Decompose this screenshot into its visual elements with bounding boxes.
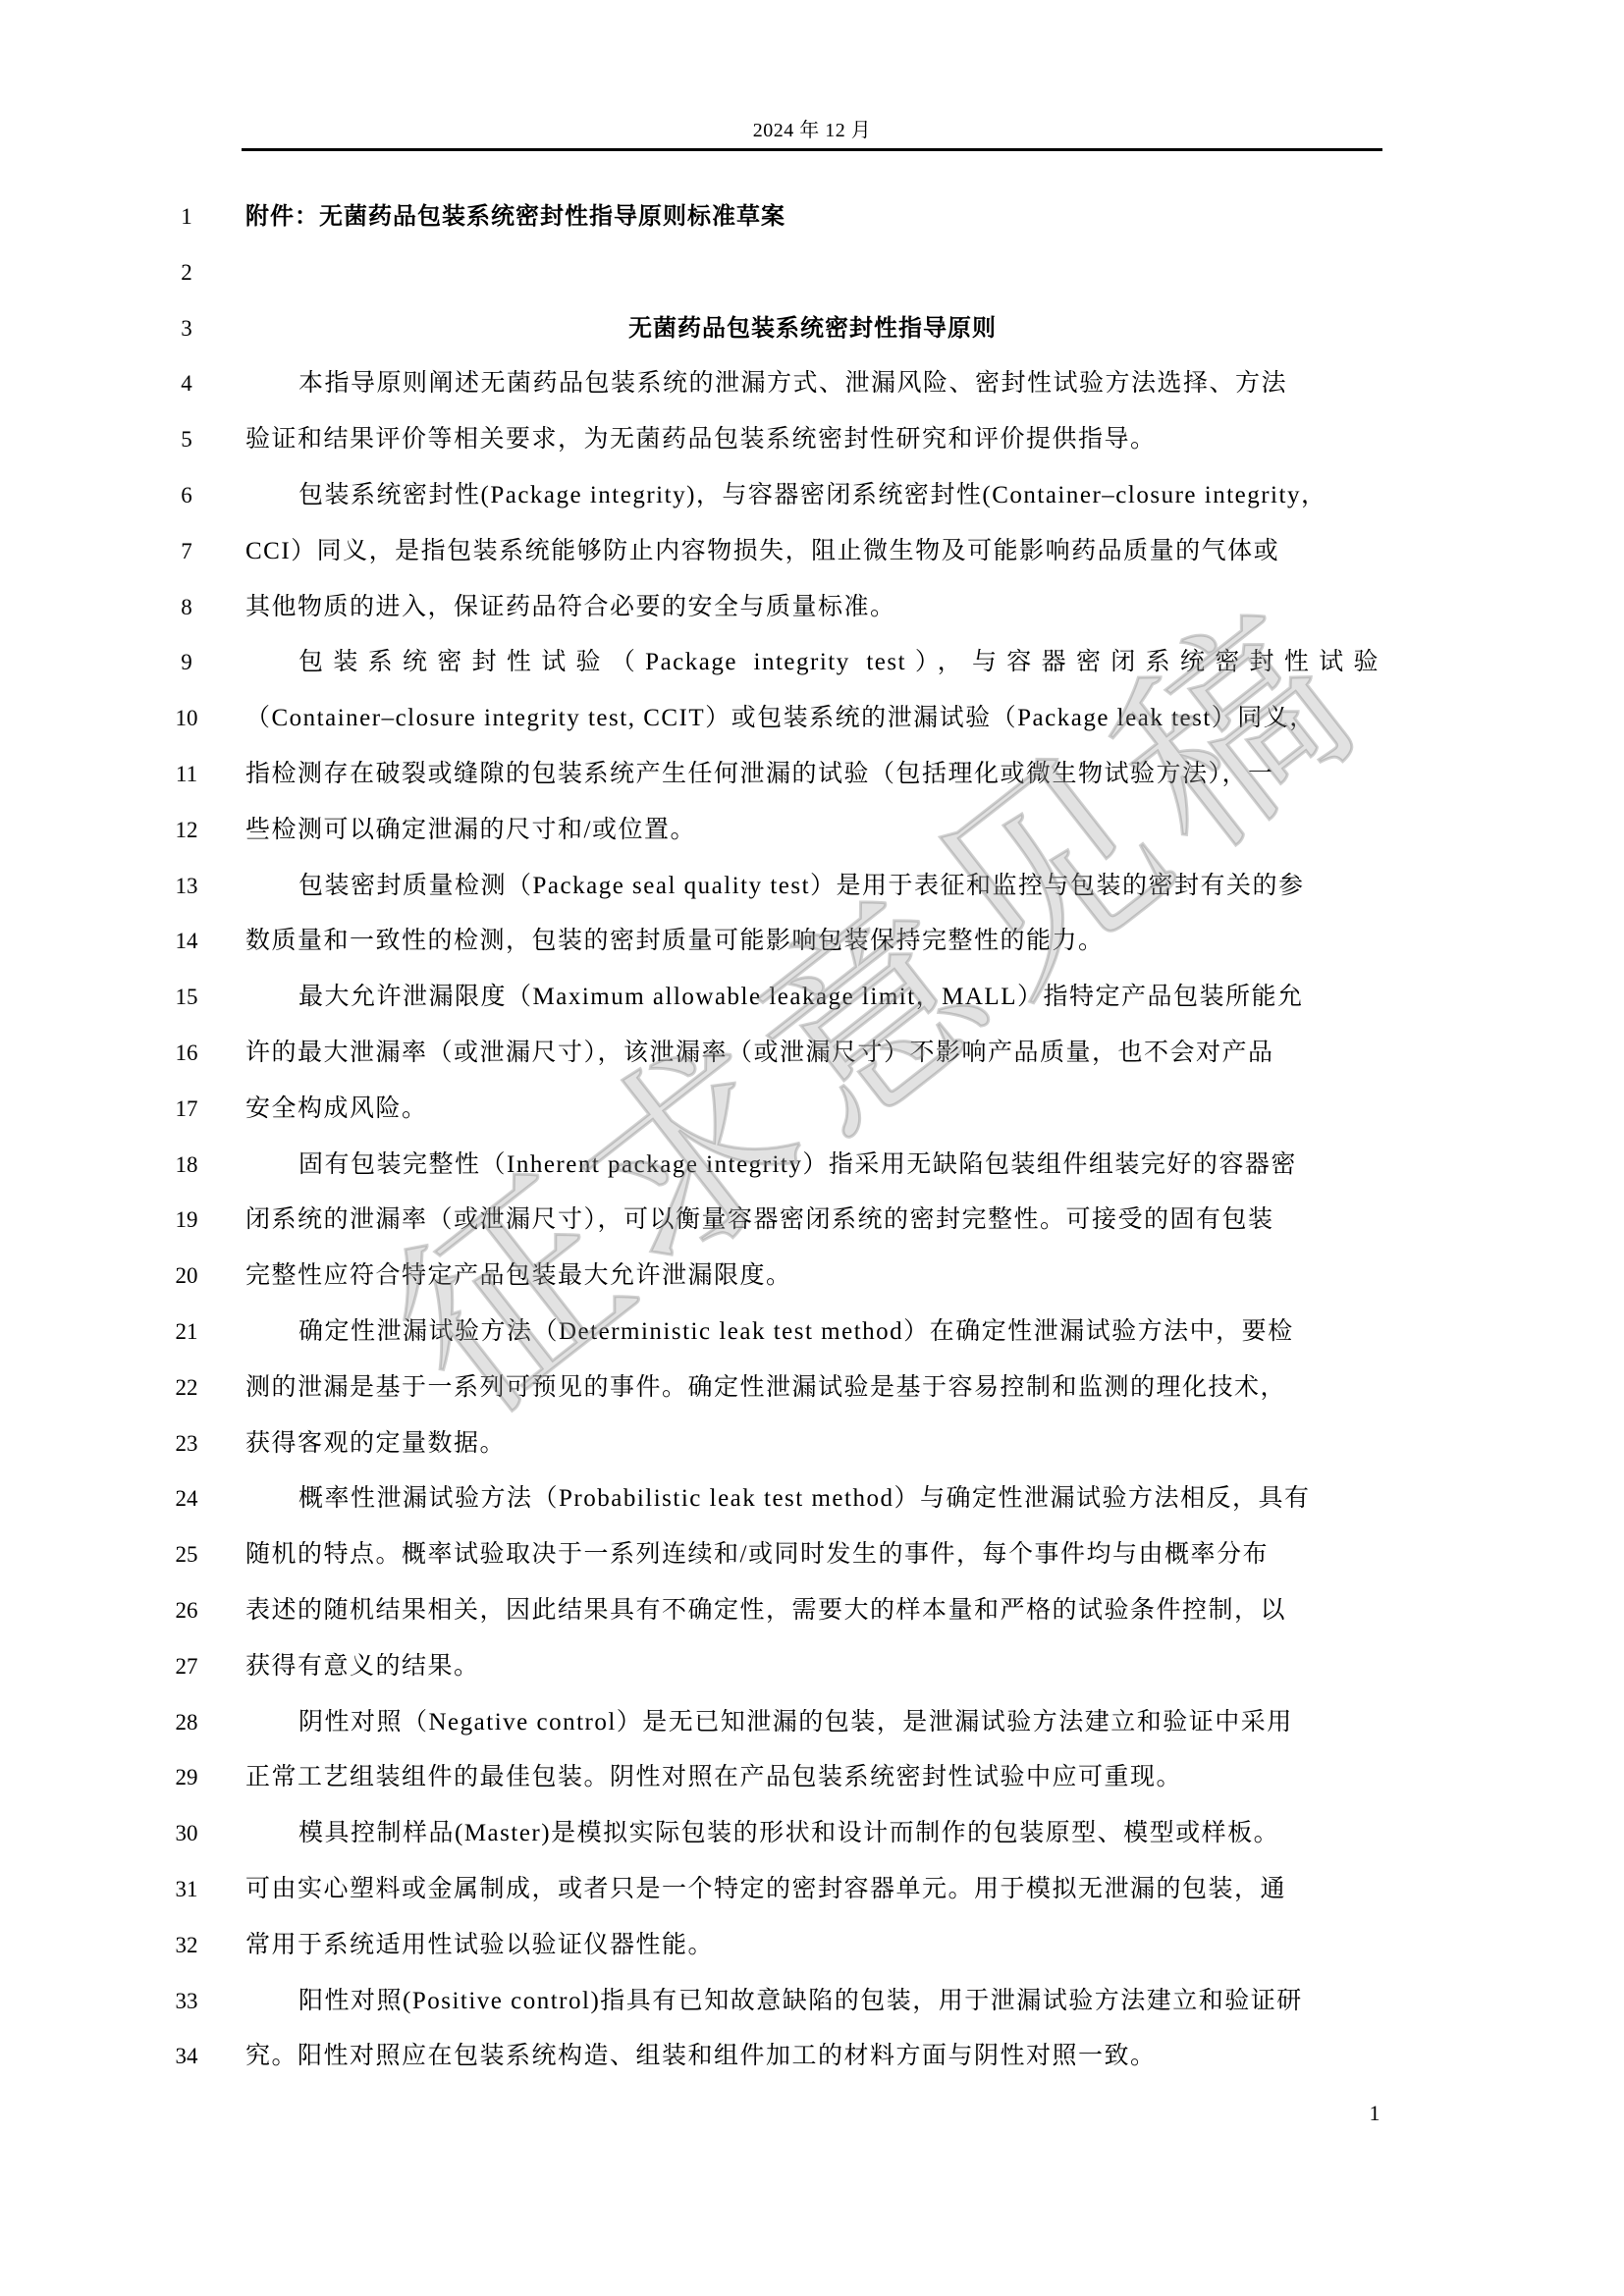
attachment-heading: 附件：无菌药品包装系统密封性指导原则标准草案	[245, 188, 1380, 244]
line-number: 26	[147, 1582, 226, 1638]
line-text: CCI）同义，是指包装系统能够防止内容物损失，阻止微生物及可能影响药品质量的气体…	[245, 523, 1380, 579]
document-line: 21确定性泄漏试验方法（Deterministic leak test meth…	[0, 1304, 1624, 1360]
line-text: （Container–closure integrity test, CCIT）…	[245, 690, 1380, 746]
line-text: 阴性对照（Negative control）是无已知泄漏的包装，是泄漏试验方法建…	[245, 1694, 1380, 1750]
line-number: 5	[147, 411, 226, 467]
document-line: 27获得有意义的结果。	[0, 1638, 1624, 1694]
header-date: 2024 年 12 月	[242, 116, 1382, 145]
document-line: 11指检测存在破裂或缝隙的包装系统产生任何泄漏的试验（包括理化或微生物试验方法）…	[0, 746, 1624, 802]
line-number: 11	[147, 746, 226, 802]
line-text: 包装密封质量检测（Package seal quality test）是用于表征…	[245, 858, 1380, 914]
document-line: 6包装系统密封性(Package integrity)，与容器密闭系统密封性(C…	[0, 467, 1624, 523]
line-number: 1	[147, 188, 226, 244]
line-text: 获得有意义的结果。	[245, 1638, 1380, 1694]
line-text: 包装系统密封性试验（Package integrity test），与容器密闭系…	[245, 634, 1380, 690]
line-text: 模具控制样品(Master)是模拟实际包装的形状和设计而制作的包装原型、模型或样…	[245, 1805, 1380, 1861]
document-line: 7CCI）同义，是指包装系统能够防止内容物损失，阻止微生物及可能影响药品质量的气…	[0, 523, 1624, 579]
line-number: 2	[147, 244, 226, 300]
line-text: 验证和结果评价等相关要求，为无菌药品包装系统密封性研究和评价提供指导。	[245, 411, 1380, 467]
document-line: 9包装系统密封性试验（Package integrity test），与容器密闭…	[0, 634, 1624, 690]
line-number: 13	[147, 858, 226, 914]
line-text: 常用于系统适用性试验以验证仪器性能。	[245, 1917, 1380, 1973]
document-line: 15最大允许泄漏限度（Maximum allowable leakage lim…	[0, 969, 1624, 1025]
line-text: 随机的特点。概率试验取决于一系列连续和/或同时发生的事件，每个事件均与由概率分布	[245, 1526, 1380, 1582]
line-number: 29	[147, 1749, 226, 1805]
line-text: 究。阳性对照应在包装系统构造、组装和组件加工的材料方面与阴性对照一致。	[245, 2028, 1380, 2084]
line-number: 31	[147, 1861, 226, 1917]
document-line: 33阳性对照(Positive control)指具有已知故意缺陷的包装，用于泄…	[0, 1973, 1624, 2029]
line-number: 33	[147, 1973, 226, 2029]
document-line: 13包装密封质量检测（Package seal quality test）是用于…	[0, 858, 1624, 914]
document-line: 16许的最大泄漏率（或泄漏尺寸），该泄漏率（或泄漏尺寸）不影响产品质量，也不会对…	[0, 1025, 1624, 1081]
document-line: 19闭系统的泄漏率（或泄漏尺寸），可以衡量容器密闭系统的密封完整性。可接受的固有…	[0, 1192, 1624, 1248]
line-text: 安全构成风险。	[245, 1081, 1380, 1137]
document-line: 25随机的特点。概率试验取决于一系列连续和/或同时发生的事件，每个事件均与由概率…	[0, 1526, 1624, 1582]
line-text: 固有包装完整性（Inherent package integrity）指采用无缺…	[245, 1137, 1380, 1193]
document-line: 32常用于系统适用性试验以验证仪器性能。	[0, 1917, 1624, 1973]
document-line: 10（Container–closure integrity test, CCI…	[0, 690, 1624, 746]
line-text: 完整性应符合特定产品包装最大允许泄漏限度。	[245, 1248, 1380, 1304]
line-text: 其他物质的进入，保证药品符合必要的安全与质量标准。	[245, 579, 1380, 635]
page-number: 1	[1355, 2101, 1394, 2126]
document-line: 23获得客观的定量数据。	[0, 1415, 1624, 1471]
document-line: 14数质量和一致性的检测，包装的密封质量可能影响包装保持完整性的能力。	[0, 913, 1624, 969]
line-number: 6	[147, 467, 226, 523]
line-number: 14	[147, 913, 226, 969]
document-line: 29正常工艺组装组件的最佳包装。阴性对照在产品包装系统密封性试验中应可重现。	[0, 1749, 1624, 1805]
document-page: 2024 年 12 月 1附件：无菌药品包装系统密封性指导原则标准草案23无菌药…	[0, 0, 1624, 2296]
line-number: 27	[147, 1638, 226, 1694]
line-number: 24	[147, 1470, 226, 1526]
line-text: 阳性对照(Positive control)指具有已知故意缺陷的包装，用于泄漏试…	[245, 1973, 1380, 2029]
line-number: 3	[147, 300, 226, 356]
document-line: 31可由实心塑料或金属制成，或者只是一个特定的密封容器单元。用于模拟无泄漏的包装…	[0, 1861, 1624, 1917]
line-text: 获得客观的定量数据。	[245, 1415, 1380, 1471]
line-number: 20	[147, 1248, 226, 1304]
line-text: 指检测存在破裂或缝隙的包装系统产生任何泄漏的试验（包括理化或微生物试验方法），一	[245, 746, 1380, 802]
document-line: 12些检测可以确定泄漏的尺寸和/或位置。	[0, 802, 1624, 858]
line-number: 22	[147, 1360, 226, 1415]
document-line: 4本指导原则阐述无菌药品包装系统的泄漏方式、泄漏风险、密封性试验方法选择、方法	[0, 355, 1624, 411]
line-number: 23	[147, 1415, 226, 1471]
document-line: 18固有包装完整性（Inherent package integrity）指采用…	[0, 1137, 1624, 1193]
document-line: 1附件：无菌药品包装系统密封性指导原则标准草案	[0, 188, 1624, 244]
line-text: 表述的随机结果相关，因此结果具有不确定性，需要大的样本量和严格的试验条件控制，以	[245, 1582, 1380, 1638]
document-line: 8其他物质的进入，保证药品符合必要的安全与质量标准。	[0, 579, 1624, 635]
line-number: 19	[147, 1192, 226, 1248]
document-line: 5验证和结果评价等相关要求，为无菌药品包装系统密封性研究和评价提供指导。	[0, 411, 1624, 467]
line-text: 许的最大泄漏率（或泄漏尺寸），该泄漏率（或泄漏尺寸）不影响产品质量，也不会对产品	[245, 1025, 1380, 1081]
line-text: 包装系统密封性(Package integrity)，与容器密闭系统密封性(Co…	[245, 467, 1380, 523]
line-text: 最大允许泄漏限度（Maximum allowable leakage limit…	[245, 969, 1380, 1025]
line-number: 8	[147, 579, 226, 635]
line-text: 些检测可以确定泄漏的尺寸和/或位置。	[245, 802, 1380, 858]
line-number: 18	[147, 1137, 226, 1193]
line-number: 9	[147, 634, 226, 690]
document-line: 30模具控制样品(Master)是模拟实际包装的形状和设计而制作的包装原型、模型…	[0, 1805, 1624, 1861]
line-text: 数质量和一致性的检测，包装的密封质量可能影响包装保持完整性的能力。	[245, 913, 1380, 969]
line-number: 34	[147, 2028, 226, 2084]
line-number: 30	[147, 1805, 226, 1861]
line-number: 10	[147, 690, 226, 746]
document-title: 无菌药品包装系统密封性指导原则	[245, 300, 1380, 356]
document-line: 20完整性应符合特定产品包装最大允许泄漏限度。	[0, 1248, 1624, 1304]
document-line: 26表述的随机结果相关，因此结果具有不确定性，需要大的样本量和严格的试验条件控制…	[0, 1582, 1624, 1638]
line-text: 闭系统的泄漏率（或泄漏尺寸），可以衡量容器密闭系统的密封完整性。可接受的固有包装	[245, 1192, 1380, 1248]
document-line: 3无菌药品包装系统密封性指导原则	[0, 300, 1624, 356]
document-line: 34究。阳性对照应在包装系统构造、组装和组件加工的材料方面与阴性对照一致。	[0, 2028, 1624, 2084]
line-text: 测的泄漏是基于一系列可预见的事件。确定性泄漏试验是基于容易控制和监测的理化技术，	[245, 1360, 1380, 1415]
line-number: 4	[147, 355, 226, 411]
document-line: 22测的泄漏是基于一系列可预见的事件。确定性泄漏试验是基于容易控制和监测的理化技…	[0, 1360, 1624, 1415]
line-number: 32	[147, 1917, 226, 1973]
header-rule	[242, 148, 1382, 151]
document-line: 28阴性对照（Negative control）是无已知泄漏的包装，是泄漏试验方…	[0, 1694, 1624, 1750]
line-number: 17	[147, 1081, 226, 1137]
line-text: 确定性泄漏试验方法（Deterministic leak test method…	[245, 1304, 1380, 1360]
line-text: 可由实心塑料或金属制成，或者只是一个特定的密封容器单元。用于模拟无泄漏的包装，通	[245, 1861, 1380, 1917]
line-text: 正常工艺组装组件的最佳包装。阴性对照在产品包装系统密封性试验中应可重现。	[245, 1749, 1380, 1805]
document-line: 17安全构成风险。	[0, 1081, 1624, 1137]
line-text: 本指导原则阐述无菌药品包装系统的泄漏方式、泄漏风险、密封性试验方法选择、方法	[245, 355, 1380, 411]
line-number: 25	[147, 1526, 226, 1582]
line-text: 概率性泄漏试验方法（Probabilistic leak test method…	[245, 1470, 1380, 1526]
line-number: 15	[147, 969, 226, 1025]
document-line: 2	[0, 244, 1624, 300]
line-number: 28	[147, 1694, 226, 1750]
line-number: 16	[147, 1025, 226, 1081]
line-number: 21	[147, 1304, 226, 1360]
line-number: 12	[147, 802, 226, 858]
line-number: 7	[147, 523, 226, 579]
document-line: 24概率性泄漏试验方法（Probabilistic leak test meth…	[0, 1470, 1624, 1526]
